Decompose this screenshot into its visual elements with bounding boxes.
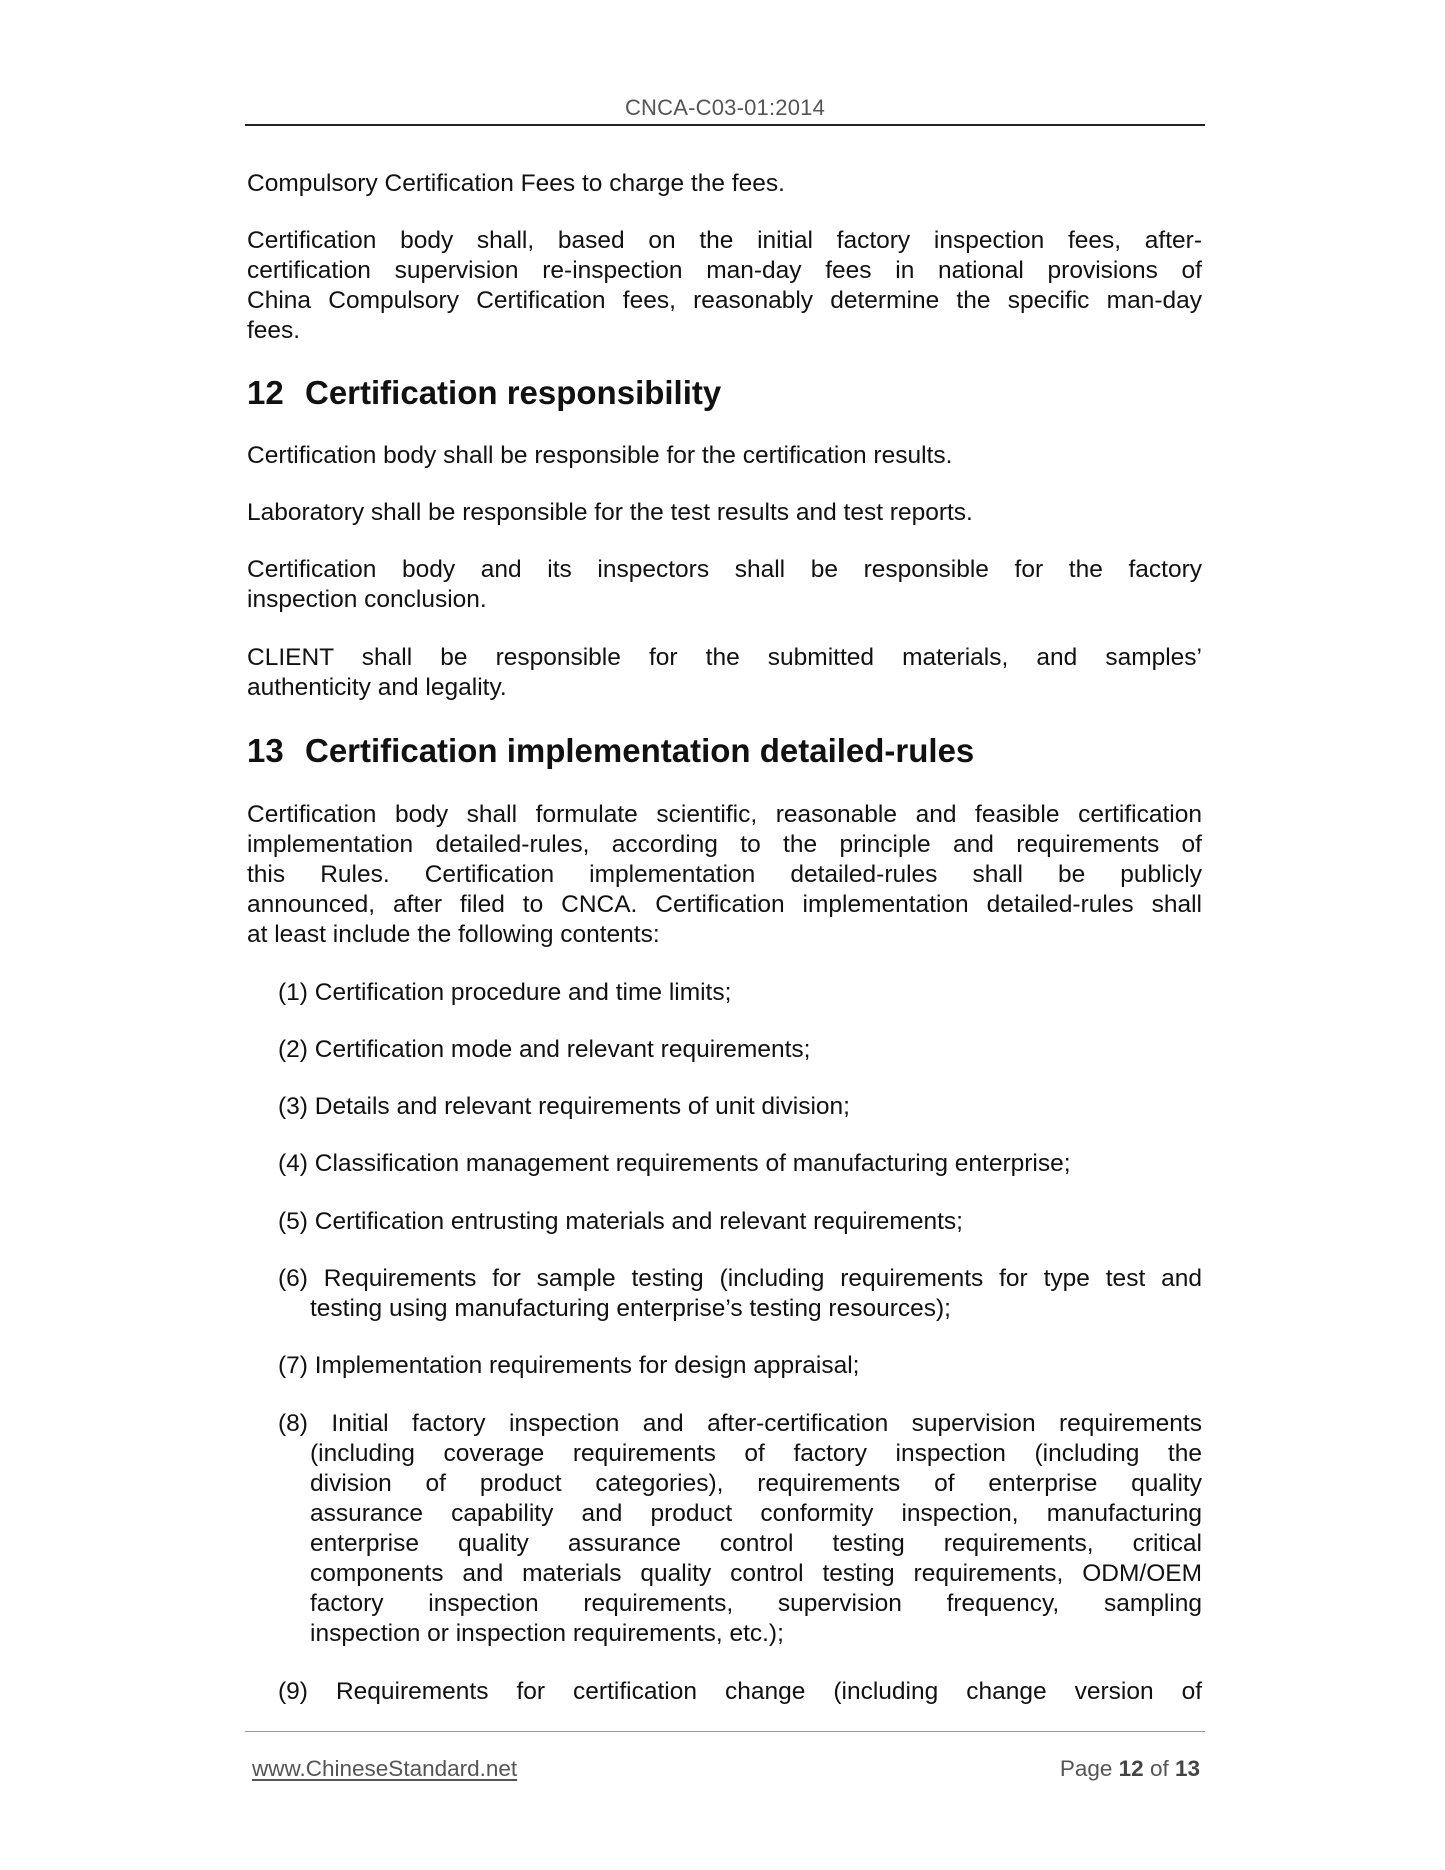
paragraph-line: Laboratory shall be responsible for the … bbox=[247, 498, 1202, 528]
list-item-continuation: testing using manufacturing enterprise’s… bbox=[310, 1294, 1202, 1324]
paragraph-line: inspection conclusion. bbox=[247, 585, 1202, 615]
paragraph-line: Certification body shall be responsible … bbox=[247, 441, 1202, 471]
list-item-continuation: enterprise quality assurance control tes… bbox=[310, 1529, 1202, 1559]
website-link[interactable]: www.ChineseStandard.net bbox=[252, 1756, 517, 1782]
footer-divider bbox=[245, 1731, 1205, 1732]
list-item: (5) Certification entrusting materials a… bbox=[278, 1207, 1202, 1237]
document-page: CNCA-C03-01:2014 Compulsory Certificatio… bbox=[0, 0, 1445, 1870]
paragraph-line: this Rules. Certification implementation… bbox=[247, 860, 1202, 890]
list-item-continuation: factory inspection requirements, supervi… bbox=[310, 1589, 1202, 1619]
document-id-header: CNCA-C03-01:2014 bbox=[245, 95, 1205, 121]
list-item-continuation: (including coverage requirements of fact… bbox=[310, 1439, 1202, 1469]
list-item: (9) Requirements for certification chang… bbox=[278, 1677, 1202, 1707]
list-item: (1) Certification procedure and time lim… bbox=[278, 978, 1202, 1008]
list-item: (8) Initial factory inspection and after… bbox=[278, 1409, 1202, 1439]
section-heading-12: 12Certification responsibility bbox=[247, 374, 721, 412]
paragraph-line: Certification body shall, based on the i… bbox=[247, 226, 1202, 256]
list-item-continuation: division of product categories), require… bbox=[310, 1469, 1202, 1499]
section-number: 13 bbox=[247, 732, 305, 770]
list-item: (3) Details and relevant requirements of… bbox=[278, 1092, 1202, 1122]
paragraph-line: Certification body shall formulate scien… bbox=[247, 800, 1202, 830]
list-item-continuation: inspection or inspection requirements, e… bbox=[310, 1619, 1202, 1649]
paragraph-line: China Compulsory Certification fees, rea… bbox=[247, 286, 1202, 316]
paragraph-line: announced, after filed to CNCA. Certific… bbox=[247, 890, 1202, 920]
paragraph-line: fees. bbox=[247, 316, 1202, 346]
list-item: (7) Implementation requirements for desi… bbox=[278, 1351, 1202, 1381]
paragraph-line: at least include the following contents: bbox=[247, 920, 1202, 950]
paragraph-line: implementation detailed-rules, according… bbox=[247, 830, 1202, 860]
list-item: (4) Classification management requiremen… bbox=[278, 1149, 1202, 1179]
paragraph-line: CLIENT shall be responsible for the subm… bbox=[247, 643, 1202, 673]
list-item-continuation: components and materials quality control… bbox=[310, 1559, 1202, 1589]
section-title: Certification responsibility bbox=[305, 374, 721, 411]
page-of-label: of bbox=[1150, 1756, 1169, 1781]
list-item: (2) Certification mode and relevant requ… bbox=[278, 1035, 1202, 1065]
header-divider bbox=[245, 124, 1205, 126]
section-title: Certification implementation detailed-ru… bbox=[305, 732, 974, 769]
paragraph-line: Certification body and its inspectors sh… bbox=[247, 555, 1202, 585]
paragraph-line: Compulsory Certification Fees to charge … bbox=[247, 169, 1202, 199]
page-label: Page bbox=[1060, 1756, 1113, 1781]
list-item-continuation: assurance capability and product conform… bbox=[310, 1499, 1202, 1529]
paragraph-line: authenticity and legality. bbox=[247, 673, 1202, 703]
paragraph-line: certification supervision re-inspection … bbox=[247, 256, 1202, 286]
page-number: Page 12 of 13 bbox=[1060, 1756, 1200, 1782]
total-pages: 13 bbox=[1175, 1756, 1200, 1781]
section-heading-13: 13Certification implementation detailed-… bbox=[247, 732, 974, 770]
list-item: (6) Requirements for sample testing (inc… bbox=[278, 1264, 1202, 1294]
current-page: 12 bbox=[1119, 1756, 1144, 1781]
section-number: 12 bbox=[247, 374, 305, 412]
